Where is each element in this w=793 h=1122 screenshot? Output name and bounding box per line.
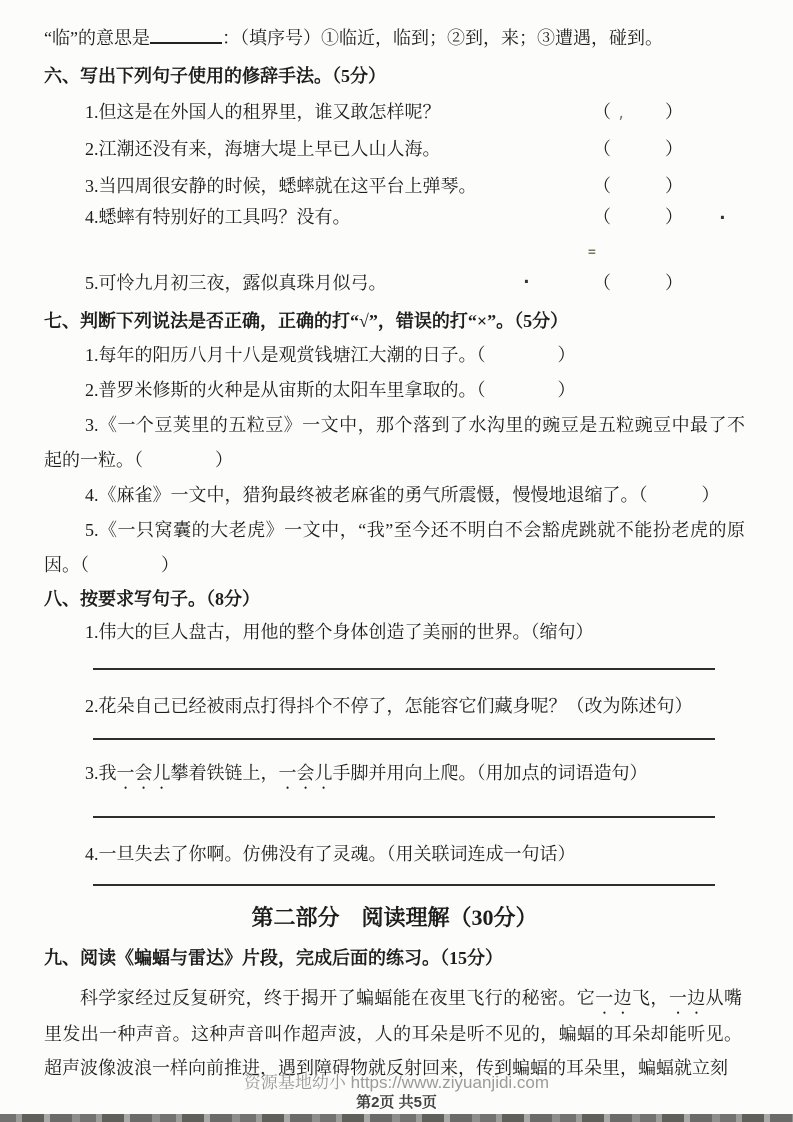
footer-watermark: 资源基地幼小 https://www.ziyuanjidi.com: [0, 1073, 793, 1093]
answer-line: [93, 816, 715, 818]
rhetoric-question-row: 3.当四周很安静的时候，蟋蟀就在这平台上弹琴。 （ ）: [44, 174, 745, 198]
scan-artifact-dot: ,: [617, 102, 625, 126]
reading-passage: 科学家经过反复研究，终于揭开了蝙蝠能在夜里飞行的秘密。它一边飞，一边从嘴里发出一…: [44, 982, 742, 1085]
emphasized-word: 一边: [669, 988, 706, 1008]
question-text: 4.蟋蟀有特别好的工具吗？没有。: [85, 205, 593, 229]
section-nine-title: 九、阅读《蝙蝠与雷达》片段，完成后面的练习。（15分）: [44, 946, 745, 970]
question-text: 3.我: [85, 763, 117, 783]
cutoff-text-band: [0, 1114, 793, 1122]
scan-artifact-dot: .: [717, 202, 728, 226]
rhetoric-question-row: 2.江潮还没有来，海塘大堤上早已人山人海。 （ ）: [44, 137, 745, 161]
answer-parentheses: （ ）: [593, 205, 683, 229]
question-text: 手脚并用向上爬。（用加点的词语造句）: [333, 763, 648, 783]
answer-line: [93, 884, 715, 886]
scan-artifact-dot: .: [521, 266, 532, 290]
answer-parentheses: （ ）: [593, 174, 683, 198]
passage-text: 飞，: [632, 988, 669, 1008]
question-text: 1.但这是在外国人的租界里，谁又敢怎样呢？: [85, 100, 593, 124]
section-eight-title: 八、按要求写句子。（8分）: [44, 587, 745, 611]
intro-text-pre: “临”的意思是: [44, 28, 150, 48]
question-text: 5.可怜九月初三夜，露似真珠月似弓。: [85, 271, 593, 295]
answer-parentheses: （ ）: [593, 100, 683, 124]
answer-line: [93, 668, 715, 670]
scan-artifact-mark: =: [588, 241, 596, 265]
judgement-item: 4.《麻雀》一文中，猎狗最终被老麻雀的勇气所震慑，慢慢地退缩了。（ ）: [44, 478, 745, 513]
writing-item: 2.花朵自己已经被雨点打得抖个不停了，怎能容它们藏身呢？（改为陈述句）: [44, 694, 745, 718]
question-text: 2.江潮还没有来，海塘大堤上早已人山人海。: [85, 137, 593, 161]
intro-text-post: ：（填序号）①临近，临到；②到，来；③遭遇，碰到。: [222, 28, 663, 48]
exam-paper-page: “临”的意思是：（填序号）①临近，临到；②到，来；③遭遇，碰到。 六、写出下列句…: [0, 0, 793, 1122]
page-number: 第2页 共5页: [0, 1094, 793, 1112]
rhetoric-question-row: 5.可怜九月初三夜，露似真珠月似弓。 （ ）: [44, 271, 745, 295]
writing-item: 3.我一会儿攀着铁链上，一会儿手脚并用向上爬。（用加点的词语造句）: [44, 761, 745, 793]
question-text: 3.当四周很安静的时候，蟋蟀就在这平台上弹琴。: [85, 174, 593, 198]
writing-item: 1.伟大的巨人盘古，用他的整个身体创造了美丽的世界。（缩句）: [44, 620, 745, 644]
judgement-item: 3.《一个豆荚里的五粒豆》一文中，那个落到了水沟里的豌豆是五粒豌豆中最了不起的一…: [44, 408, 745, 478]
rhetoric-question-row: 1.但这是在外国人的租界里，谁又敢怎样呢？ （ ）: [44, 100, 745, 124]
answer-line: [93, 738, 715, 740]
section-seven-title: 七、判断下列说法是否正确，正确的打“√”，错误的打“×”。（5分）: [44, 309, 745, 333]
emphasized-word: 一边: [595, 988, 632, 1008]
judgement-item: 5.《一只窝囊的大老虎》一文中，“我”至今还不明白不会豁虎跳就不能扮老虎的原因。…: [44, 513, 745, 583]
emphasized-word: 一会儿: [117, 763, 171, 783]
judgement-item: 2.普罗米修斯的火种是从宙斯的太阳车里拿取的。（ ）: [44, 373, 745, 408]
part-two-heading: 第二部分 阅读理解（30分）: [44, 903, 745, 933]
rhetoric-question-row: 4.蟋蟀有特别好的工具吗？没有。 （ ）: [44, 205, 745, 229]
passage-text: 科学家经过反复研究，终于揭开了蝙蝠能在夜里飞行的秘密。它: [80, 988, 595, 1008]
page-footer: 资源基地幼小 https://www.ziyuanjidi.com 第2页 共5…: [0, 1073, 793, 1112]
answer-parentheses: （ ）: [593, 271, 683, 295]
writing-item: 4.一旦失去了你啊。仿佛没有了灵魂。（用关联词连成一句话）: [44, 842, 745, 866]
section-six-title: 六、写出下列句子使用的修辞手法。（5分）: [44, 64, 745, 88]
judgement-item: 1.每年的阳历八月十八是观赏钱塘江大潮的日子。（ ）: [44, 338, 745, 373]
fill-in-blank-question: “临”的意思是：（填序号）①临近，临到；②到，来；③遭遇，碰到。: [44, 26, 745, 50]
fill-blank-line: [150, 28, 222, 44]
answer-parentheses: （ ）: [593, 137, 683, 161]
question-text: 攀着铁链上，: [171, 763, 279, 783]
emphasized-word: 一会儿: [279, 763, 333, 783]
